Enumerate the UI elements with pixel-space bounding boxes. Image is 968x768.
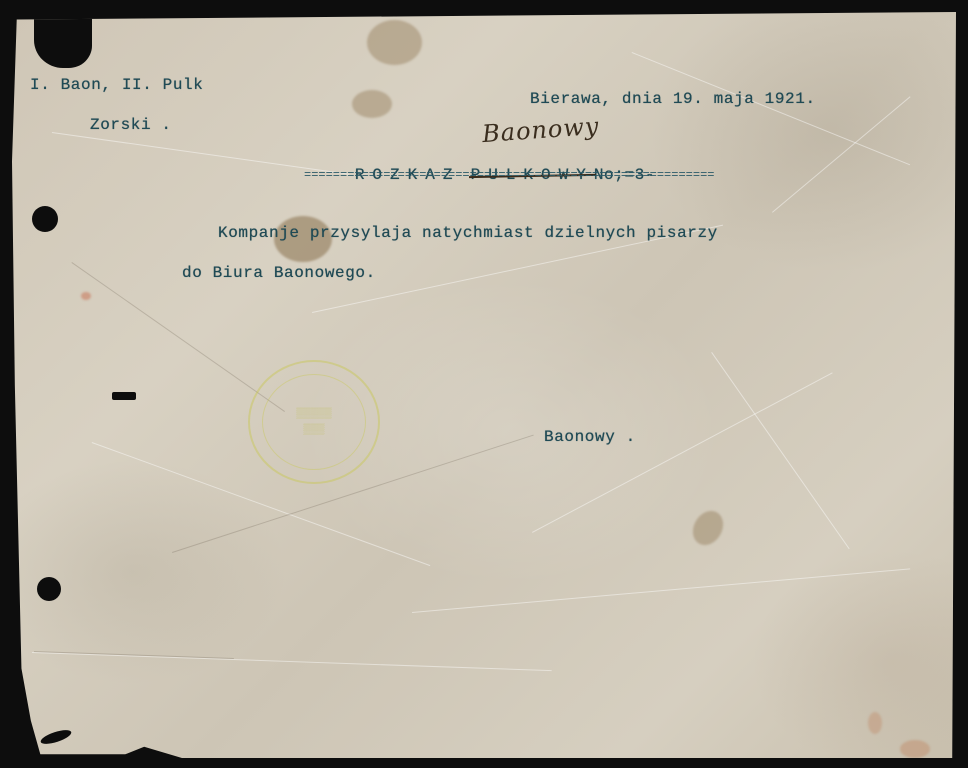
rust-spot	[900, 740, 930, 758]
paper-crease	[632, 52, 911, 165]
tear-slit	[112, 392, 136, 400]
water-stain	[367, 20, 422, 65]
body-line-1: Kompanje przysylaja natychmiast dzielnyc…	[218, 224, 718, 242]
stamp-text: ▒▒▒▒▒	[250, 408, 378, 419]
torn-hole	[34, 12, 92, 68]
unit-header-line1: I. Baon, II. Pulk	[30, 76, 203, 94]
rust-spot	[868, 712, 882, 734]
place-date: Bierawa, dnia 19. maja 1921.	[530, 90, 816, 108]
paper-crease	[34, 651, 234, 659]
punch-hole	[32, 206, 58, 232]
water-stain	[352, 90, 392, 118]
tear-slit	[39, 727, 73, 746]
unit-header-line2: Zorski .	[90, 116, 172, 134]
paper-crease	[412, 568, 910, 613]
paper-crease	[92, 442, 431, 566]
stamp-text: ▒▒▒	[250, 424, 378, 435]
paper-crease	[71, 262, 285, 412]
paper-crease	[772, 96, 911, 212]
water-stain	[687, 505, 729, 550]
title-underline: ========================================…	[304, 172, 714, 178]
faded-official-stamp: ▒▒▒▒▒ ▒▒▒	[248, 360, 380, 484]
rust-spot	[81, 292, 91, 300]
punch-hole	[37, 577, 61, 601]
body-line-2: do Biura Baonowego.	[182, 264, 376, 282]
aged-paper-sheet: I. Baon, II. Pulk Zorski . Bierawa, dnia…	[12, 12, 956, 758]
handwritten-correction: Baonowy	[481, 112, 600, 148]
paper-crease	[711, 352, 849, 549]
paper-crease	[32, 652, 552, 671]
paper-crease	[532, 372, 833, 533]
signature: Baonowy .	[544, 428, 636, 446]
